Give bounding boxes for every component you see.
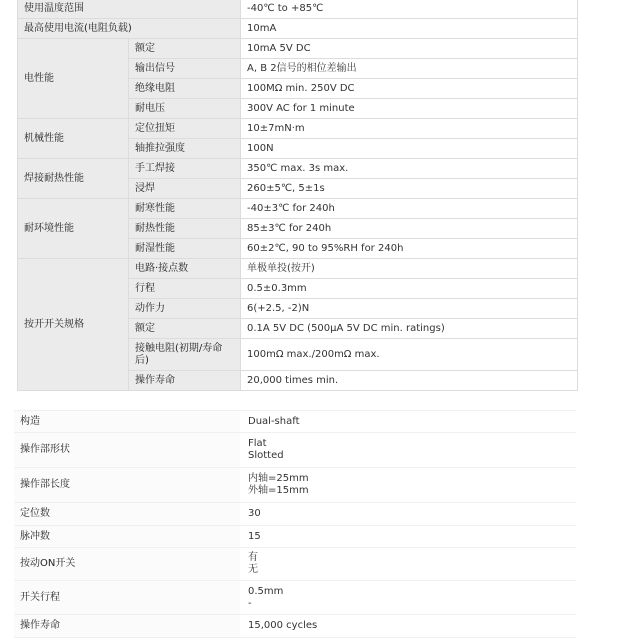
spec-table-secondary: 构造 Dual-shaft 操作部形状 Flat Slotted 操作部长度 内… xyxy=(14,410,576,638)
row-electrical-rated: 电性能 额定 10mA 5V DC xyxy=(18,39,578,59)
label-shaft-strength: 轴推拉强度 xyxy=(129,139,241,159)
group-soldering: 焊接耐热性能 xyxy=(18,159,129,199)
label-switch-travel: 行程 xyxy=(129,279,241,299)
label-circuit-contacts: 电路·接点数 xyxy=(129,259,241,279)
label-push-on-switch: 按动ON开关 xyxy=(14,548,240,581)
value-switch-stroke: 0.5mm - xyxy=(240,581,576,615)
row-switch-stroke: 开关行程 0.5mm - xyxy=(14,581,576,615)
value-temp-range: -40℃ to +85℃ xyxy=(241,0,578,19)
value-shaft-strength: 100N xyxy=(241,139,578,159)
label-switch-life: 操作寿命 xyxy=(129,371,241,391)
label-actuator-length: 操作部长度 xyxy=(14,468,240,503)
label-output-signal: 输出信号 xyxy=(129,59,241,79)
row-temp-range: 使用温度范围 -40℃ to +85℃ xyxy=(18,0,578,19)
value-rated: 10mA 5V DC xyxy=(241,39,578,59)
value-switch-life: 20,000 times min. xyxy=(241,371,578,391)
label-cold-resistance: 耐寒性能 xyxy=(129,199,241,219)
row-cold-resistance: 耐环境性能 耐寒性能 -40±3℃ for 240h xyxy=(18,199,578,219)
label-actuator-shape: 操作部形状 xyxy=(14,433,240,468)
value-switch-rated: 0.1A 5V DC (500μA 5V DC min. ratings) xyxy=(241,319,578,339)
value-circuit-contacts: 单极单投(按开) xyxy=(241,259,578,279)
spec-table-main: 使用温度范围 -40℃ to +85℃ 最高使用电流(电阻负载) 10mA 电性… xyxy=(17,0,578,391)
value-cold-resistance: -40±3℃ for 240h xyxy=(241,199,578,219)
row-actuator-shape: 操作部形状 Flat Slotted xyxy=(14,433,576,468)
row-actuator-length: 操作部长度 内轴=25mm 外轴=15mm xyxy=(14,468,576,503)
label-temp-range: 使用温度范围 xyxy=(18,0,241,19)
row-structure: 构造 Dual-shaft xyxy=(14,411,576,433)
value-manual-soldering: 350℃ max. 3s max. xyxy=(241,159,578,179)
value-output-signal: A, B 2信号的相位差输出 xyxy=(241,59,578,79)
row-detents: 定位数 30 xyxy=(14,503,576,526)
row-push-on-switch: 按动ON开关 有 无 xyxy=(14,548,576,581)
label-contact-resistance: 接触电阻(初期/寿命后) xyxy=(129,339,241,371)
group-electrical: 电性能 xyxy=(18,39,129,119)
label-switch-rated: 额定 xyxy=(129,319,241,339)
row-circuit-contacts: 按开开关规格 电路·接点数 单极单投(按开) xyxy=(18,259,578,279)
value-operating-life: 15,000 cycles xyxy=(240,615,576,638)
value-insulation: 100MΩ min. 250V DC xyxy=(241,79,578,99)
value-humidity-resistance: 60±2℃, 90 to 95%RH for 240h xyxy=(241,239,578,259)
value-withstand-voltage: 300V AC for 1 minute xyxy=(241,99,578,119)
label-pulses: 脉冲数 xyxy=(14,526,240,548)
label-detents: 定位数 xyxy=(14,503,240,526)
row-detent-torque: 机械性能 定位扭矩 10±7mN·m xyxy=(18,119,578,139)
value-detent-torque: 10±7mN·m xyxy=(241,119,578,139)
group-environment: 耐环境性能 xyxy=(18,199,129,259)
label-humidity-resistance: 耐湿性能 xyxy=(129,239,241,259)
group-mechanical: 机械性能 xyxy=(18,119,129,159)
label-insulation: 绝缘电阻 xyxy=(129,79,241,99)
label-detent-torque: 定位扭矩 xyxy=(129,119,241,139)
row-manual-soldering: 焊接耐热性能 手工焊接 350℃ max. 3s max. xyxy=(18,159,578,179)
label-operating-force: 动作力 xyxy=(129,299,241,319)
value-dip-soldering: 260±5℃, 5±1s xyxy=(241,179,578,199)
value-operating-force: 6(+2.5, -2)N xyxy=(241,299,578,319)
label-heat-resistance: 耐热性能 xyxy=(129,219,241,239)
value-actuator-shape: Flat Slotted xyxy=(240,433,576,468)
row-pulses: 脉冲数 15 xyxy=(14,526,576,548)
value-contact-resistance: 100mΩ max./200mΩ max. xyxy=(241,339,578,371)
value-detents: 30 xyxy=(240,503,576,526)
label-withstand-voltage: 耐电压 xyxy=(129,99,241,119)
group-push-switch: 按开开关规格 xyxy=(18,259,129,391)
value-actuator-length: 内轴=25mm 外轴=15mm xyxy=(240,468,576,503)
row-max-current: 最高使用电流(电阻负载) 10mA xyxy=(18,19,578,39)
value-switch-travel: 0.5±0.3mm xyxy=(241,279,578,299)
label-dip-soldering: 浸焊 xyxy=(129,179,241,199)
value-heat-resistance: 85±3℃ for 240h xyxy=(241,219,578,239)
label-switch-stroke: 开关行程 xyxy=(14,581,240,615)
label-manual-soldering: 手工焊接 xyxy=(129,159,241,179)
label-operating-life: 操作寿命 xyxy=(14,615,240,638)
label-rated: 额定 xyxy=(129,39,241,59)
label-max-current: 最高使用电流(电阻负载) xyxy=(18,19,241,39)
row-operating-life: 操作寿命 15,000 cycles xyxy=(14,615,576,638)
value-max-current: 10mA xyxy=(241,19,578,39)
value-push-on-switch: 有 无 xyxy=(240,548,576,581)
value-structure: Dual-shaft xyxy=(240,411,576,433)
value-pulses: 15 xyxy=(240,526,576,548)
label-structure: 构造 xyxy=(14,411,240,433)
